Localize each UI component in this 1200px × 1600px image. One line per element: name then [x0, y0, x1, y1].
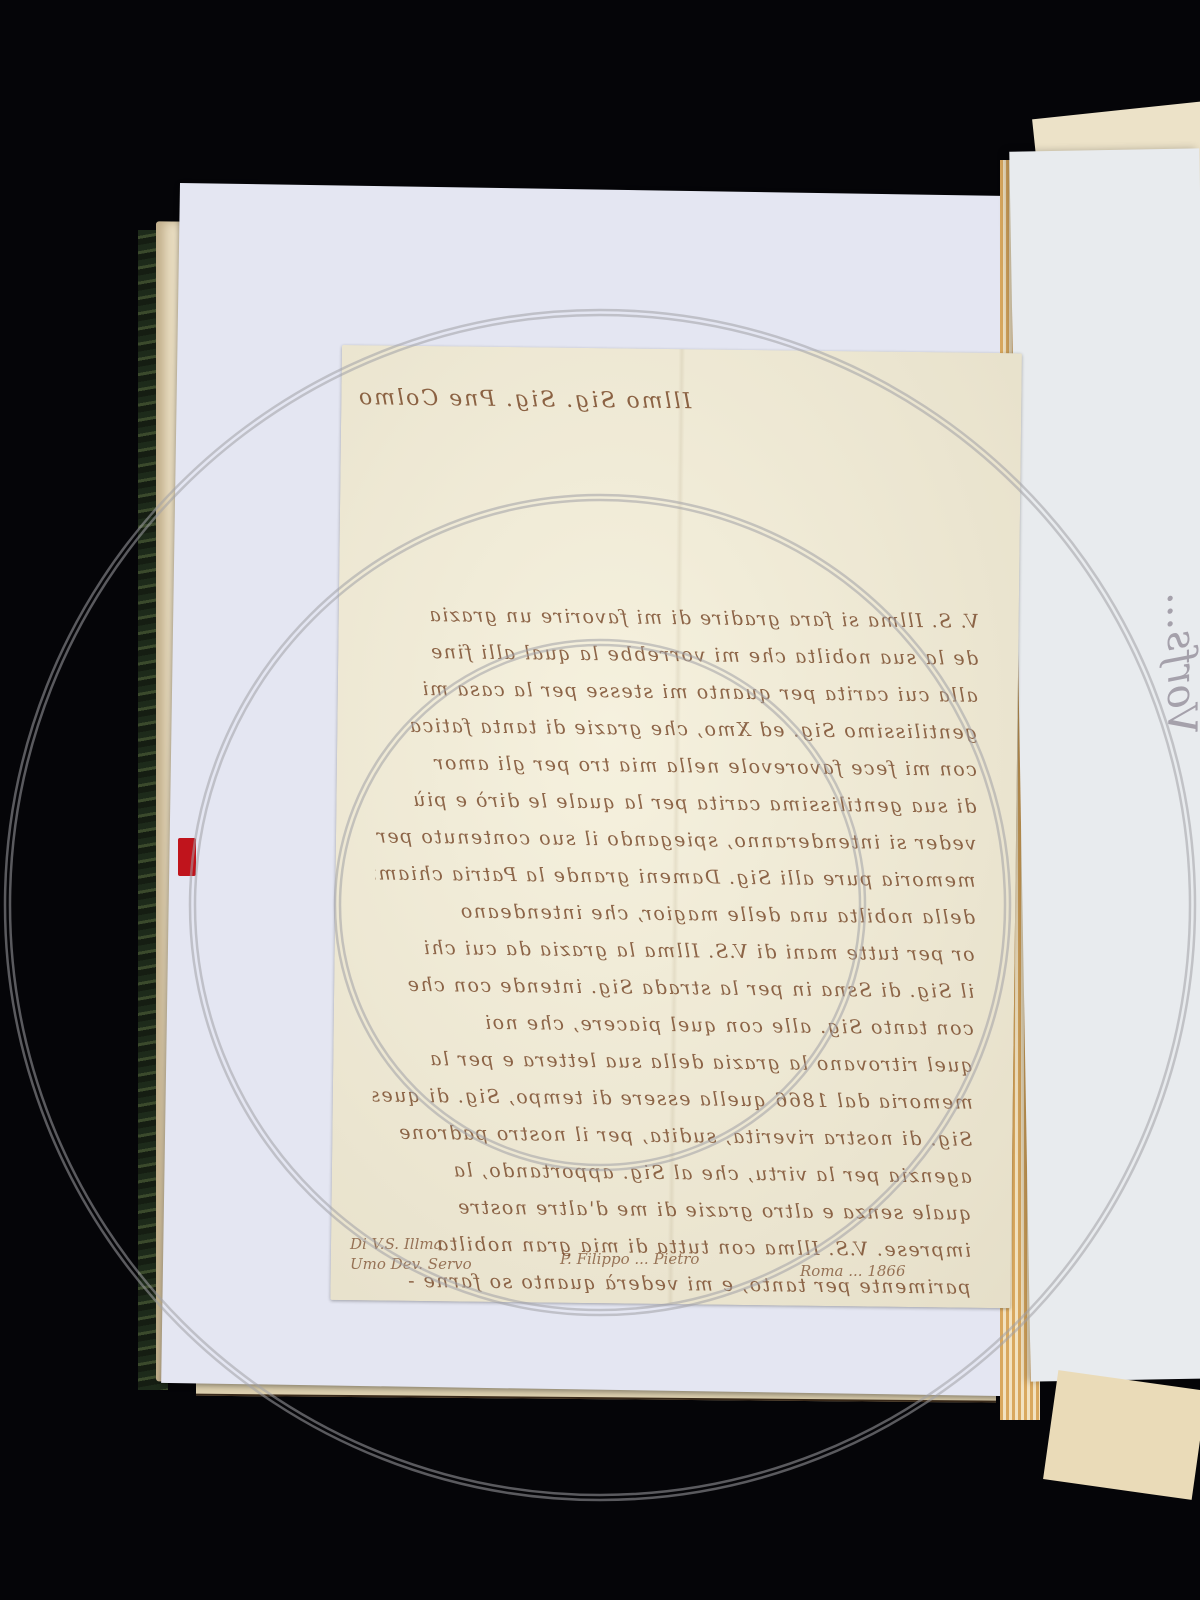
document-photo: Vorfs... Illmo Sig. Sig. Pne Colmo V. S.… [0, 0, 1200, 1600]
letter-line: memoria dal 1866 quella essere di tempo,… [373, 1084, 973, 1113]
letter-line: agenzia per la virtu, che al Sig. apport… [372, 1158, 972, 1187]
letter-salutation-header: Illmo Sig. Sig. Pne Colmo [357, 385, 692, 414]
letter-line: della nobilta una delle magior, che inte… [375, 899, 975, 928]
handwritten-letter: Illmo Sig. Sig. Pne Colmo V. S. Illma si… [330, 345, 1022, 1308]
right-page-handwriting: Vorfs... [1158, 592, 1200, 734]
letter-line: alla cui carita per quanto mi stesse per… [378, 677, 978, 706]
letter-line: quale senza e altro grazie di me d'altre… [371, 1195, 971, 1224]
letter-line: Sig. di nostra riverita, sudita, per il … [372, 1121, 972, 1150]
right-book-page [1009, 148, 1200, 1381]
letter-line: quel ritrovano la grazia della sua lette… [373, 1047, 973, 1076]
letter-line: or per tutte mani di V.S. Illma la grazi… [375, 936, 975, 965]
letter-line: di sua gentilissima carita per la quale … [376, 788, 976, 817]
letter-line: V. S. Illma si fara gradire di mi favori… [379, 603, 979, 632]
letter-body-mirrored: Illmo Sig. Sig. Pne Colmo V. S. Illma si… [330, 345, 1022, 1308]
right-page-bottom-leaf [1043, 1370, 1200, 1500]
letter-line: con mi fece favorevole nella mia tro per… [377, 751, 977, 780]
signature: P. Filippo ... Pietro [560, 1250, 699, 1268]
closing-left-2: Umo Dev. Servo [350, 1255, 472, 1273]
letter-line: con tanto Sig. alle con quel piacere, ch… [374, 1010, 974, 1039]
closing-note: Roma ... 1866 [800, 1262, 906, 1280]
letter-line: memoria pure alli Sig. Dameni grande la … [375, 862, 975, 891]
letter-line: de la sua nobilta che mi vorrebbe la qua… [378, 640, 978, 669]
closing-left: Di V.S. Illma [350, 1235, 443, 1253]
letter-line: veder si intenderanno, spiegando il suo … [376, 825, 976, 854]
letter-line: gentilissimo Sig. ed Xmo, che grazie di … [377, 714, 977, 743]
letter-line: il Sig. di Ssna in per la strada Sig. in… [374, 973, 974, 1002]
red-bookmark-tab [178, 838, 196, 876]
